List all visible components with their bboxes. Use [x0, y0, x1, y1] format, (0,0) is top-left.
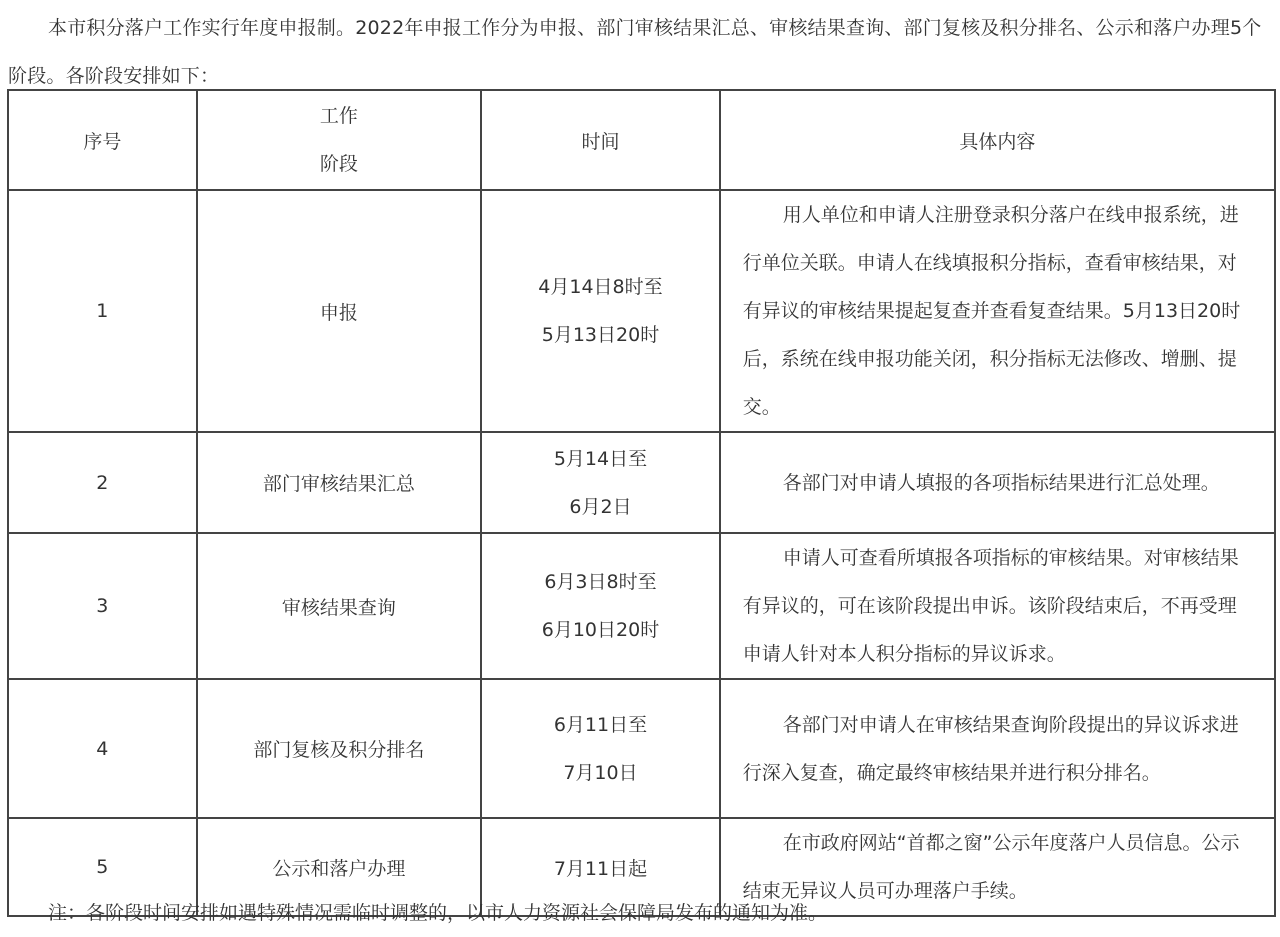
table-row: 2 部门审核结果汇总 5月14日至 6月2日 各部门对申请人填报的各项指标结果进…	[8, 432, 1275, 533]
time-start: 5月14日至	[482, 435, 719, 483]
row-content: 用人单位和申请人注册登录积分落户在线申报系统，进行单位关联。申请人在线填报积分指…	[720, 190, 1275, 432]
row-index: 3	[8, 533, 197, 679]
row-stage: 部门审核结果汇总	[197, 432, 482, 533]
row-stage: 审核结果查询	[197, 533, 482, 679]
intro-paragraph: 本市积分落户工作实行年度申报制。2022年申报工作分为申报、部门审核结果汇总、审…	[8, 4, 1274, 100]
time-end: 7月10日	[482, 749, 719, 797]
header-stage: 工作 阶段	[197, 90, 482, 190]
header-content: 具体内容	[720, 90, 1275, 190]
time-start: 6月3日8时至	[482, 558, 719, 606]
time-end: 5月13日20时	[482, 311, 719, 359]
row-time: 5月14日至 6月2日	[481, 432, 720, 533]
row-time: 4月14日8时至 5月13日20时	[481, 190, 720, 432]
row-stage: 部门复核及积分排名	[197, 679, 482, 818]
header-time: 时间	[481, 90, 720, 190]
row-time: 6月3日8时至 6月10日20时	[481, 533, 720, 679]
row-content: 申请人可查看所填报各项指标的审核结果。对审核结果有异议的，可在该阶段提出申诉。该…	[720, 533, 1275, 679]
row-index: 1	[8, 190, 197, 432]
row-stage: 申报	[197, 190, 482, 432]
footnote: 注：各阶段时间安排如遇特殊情况需临时调整的，以市人力资源社会保障局发布的通知为准…	[48, 895, 827, 931]
time-end: 6月10日20时	[482, 606, 719, 654]
row-time: 6月11日至 7月10日	[481, 679, 720, 818]
time-end: 6月2日	[482, 483, 719, 531]
table-row: 4 部门复核及积分排名 6月11日至 7月10日 各部门对申请人在审核结果查询阶…	[8, 679, 1275, 818]
table-row: 3 审核结果查询 6月3日8时至 6月10日20时 申请人可查看所填报各项指标的…	[8, 533, 1275, 679]
row-content: 各部门对申请人填报的各项指标结果进行汇总处理。	[720, 432, 1275, 533]
table-row: 1 申报 4月14日8时至 5月13日20时 用人单位和申请人注册登录积分落户在…	[8, 190, 1275, 432]
header-index: 序号	[8, 90, 197, 190]
row-index: 4	[8, 679, 197, 818]
header-stage-line1: 工作	[198, 92, 481, 140]
row-content: 各部门对申请人在审核结果查询阶段提出的异议诉求进行深入复查，确定最终审核结果并进…	[720, 679, 1275, 818]
header-stage-line2: 阶段	[198, 140, 481, 188]
row-index: 2	[8, 432, 197, 533]
schedule-table: 序号 工作 阶段 时间 具体内容 1 申报 4月14日8时至 5月13日20时 …	[7, 89, 1276, 917]
table-header-row: 序号 工作 阶段 时间 具体内容	[8, 90, 1275, 190]
time-start: 4月14日8时至	[482, 263, 719, 311]
time-start: 6月11日至	[482, 701, 719, 749]
